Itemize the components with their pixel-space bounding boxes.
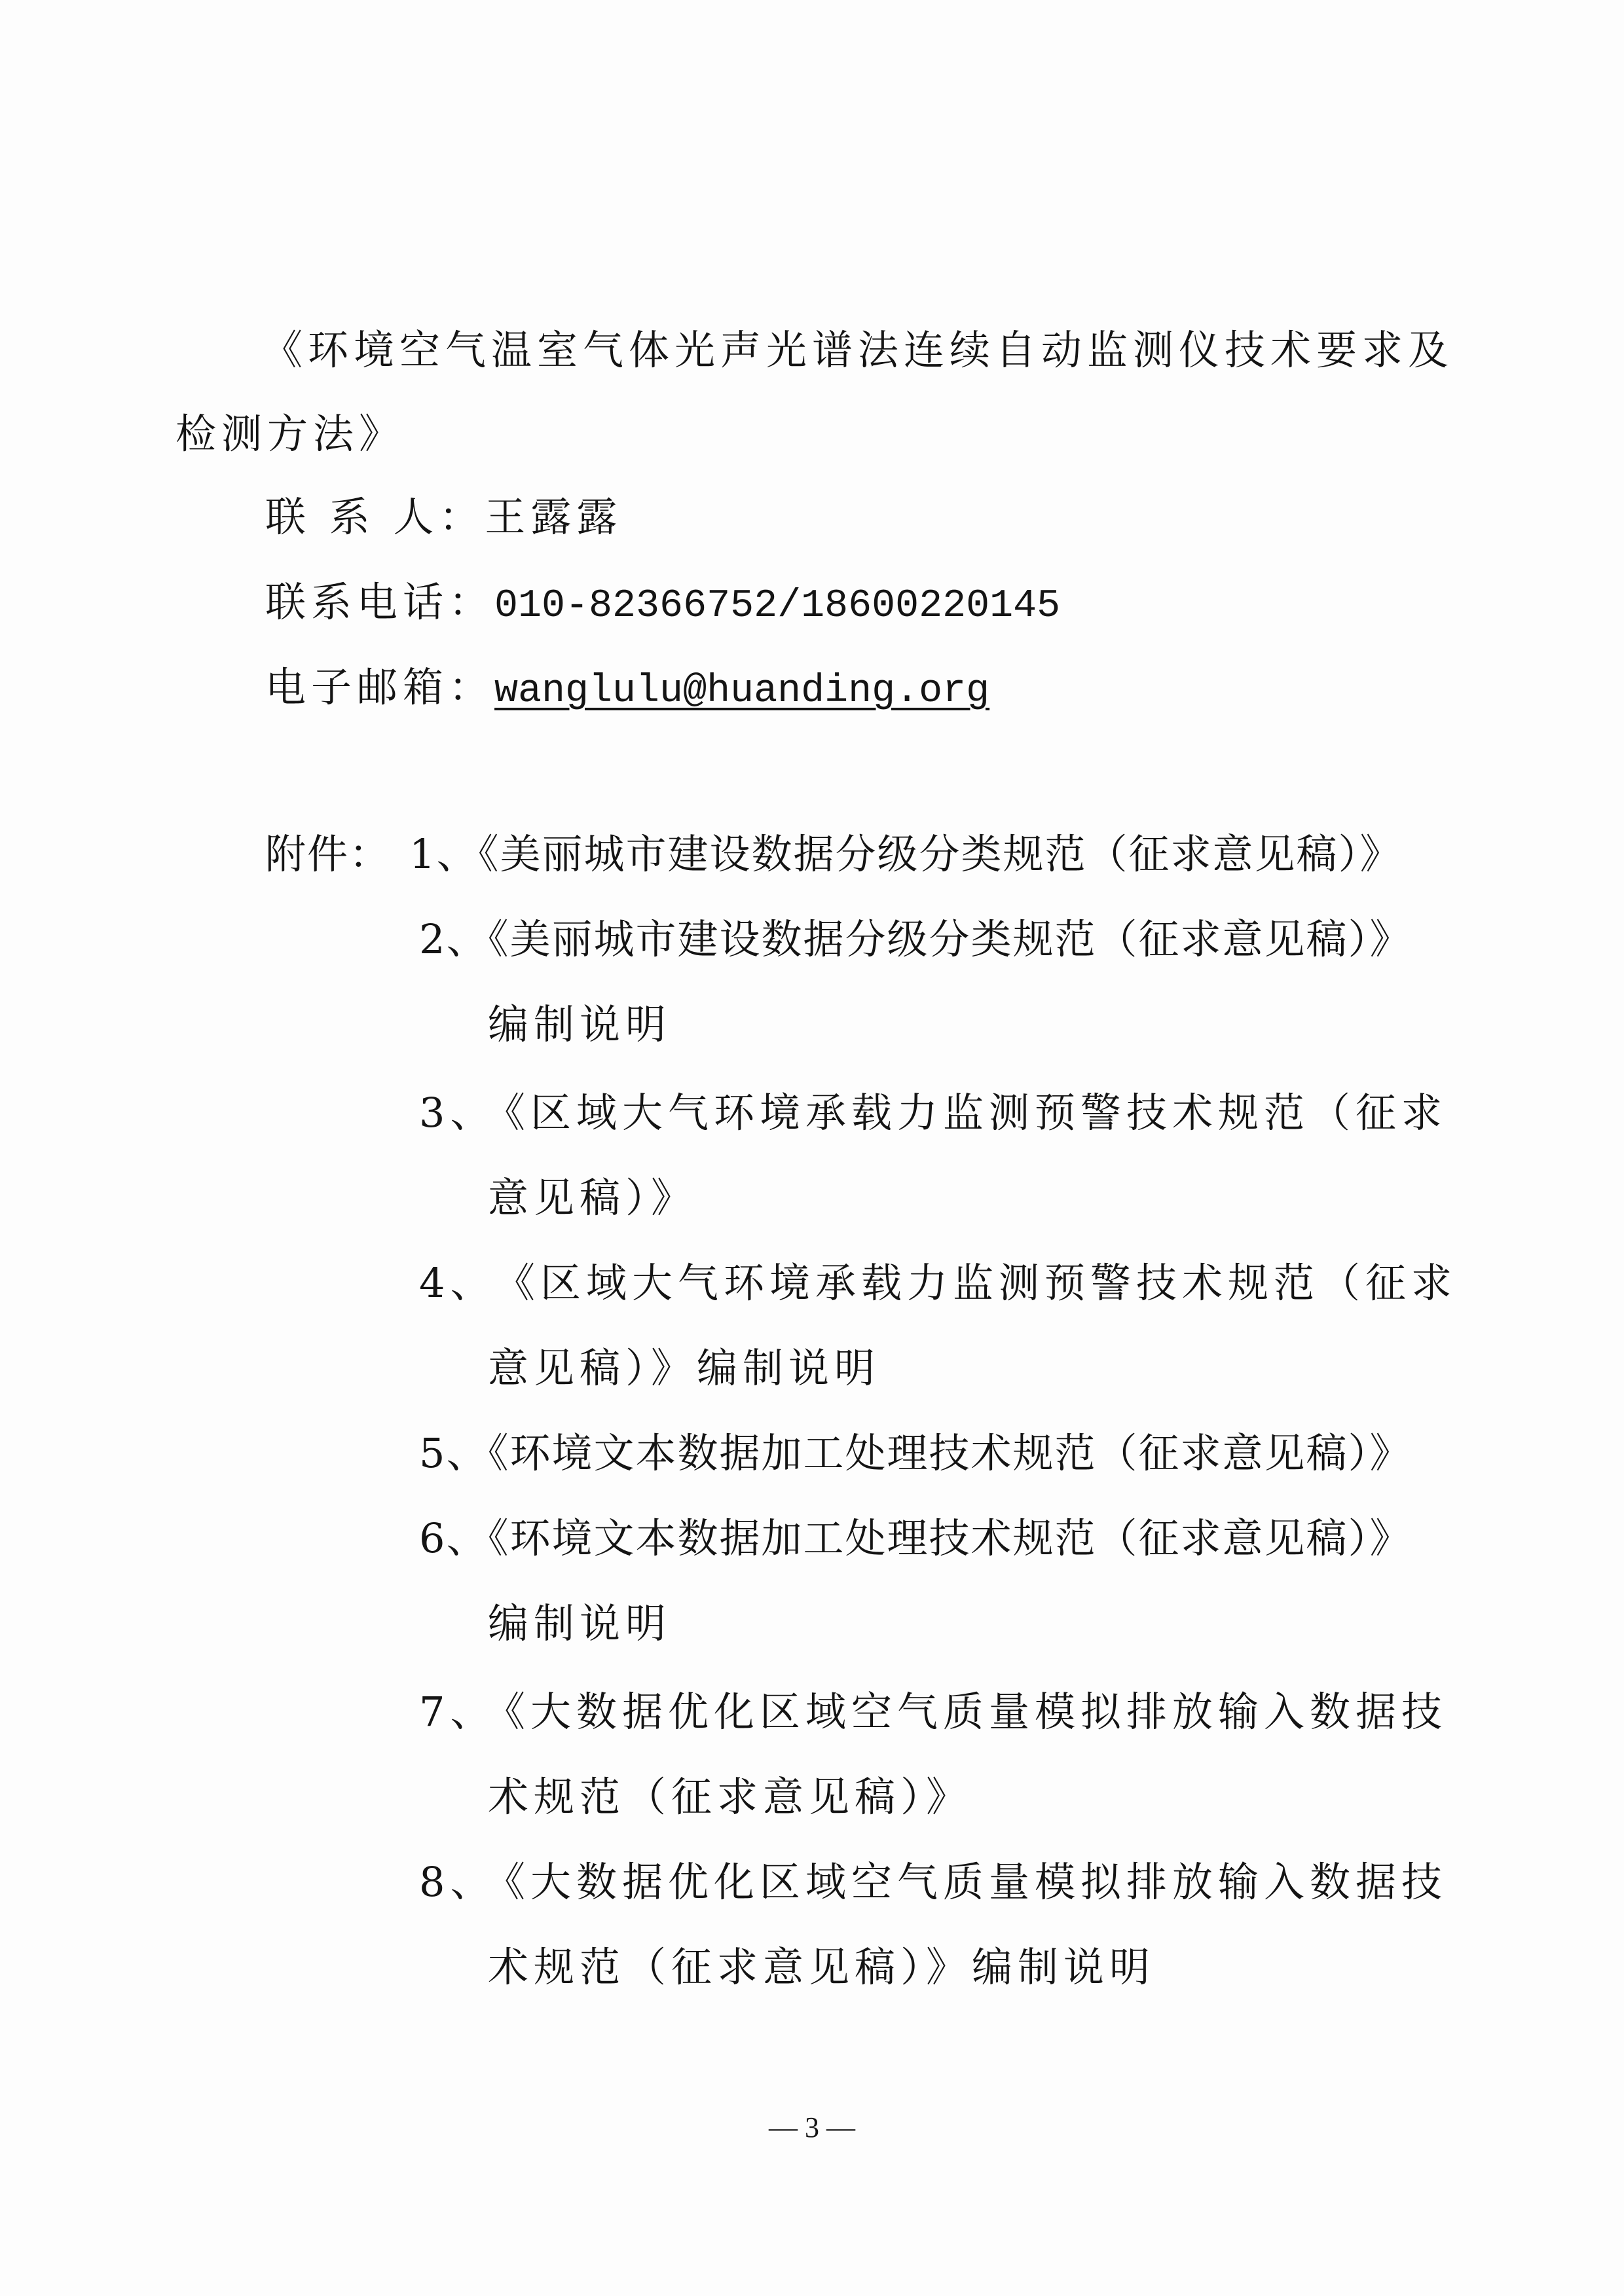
- contact-person-row: 联 系 人：王露露: [265, 491, 622, 543]
- attachment-item-4: 4、《区域大气环境承载力监测预警技术规范（征求: [419, 1257, 1457, 1309]
- attachment-number: 7、: [419, 1686, 485, 1738]
- contact-person-label: 联 系 人：: [265, 491, 485, 543]
- attachment-number: 8、: [419, 1856, 485, 1908]
- contact-email-link[interactable]: wanglulu@huanding.org: [494, 669, 989, 714]
- attachment-title: 《大数据优化区域空气质量模拟排放输入数据技: [485, 1858, 1447, 1906]
- attachment-item-4-continued: 意见稿）》编制说明: [488, 1342, 880, 1394]
- attachment-item-2-continued: 编制说明: [488, 998, 671, 1051]
- attachment-title: 《区域大气环境承载力监测预警技术规范（征求: [485, 1089, 1447, 1137]
- contact-phone-row: 联系电话：010-82366752/18600220145: [265, 576, 1060, 632]
- attachment-title: 《环境文本数据加工处理技术规范（征求意见稿）》: [488, 1429, 1411, 1477]
- attachment-title: 《环境文本数据加工处理技术规范（征求意见稿）》: [488, 1514, 1411, 1562]
- attachment-number: 2、: [419, 915, 488, 963]
- attachment-title: 《大数据优化区域空气质量模拟排放输入数据技: [485, 1688, 1447, 1736]
- attachment-item-6-continued: 编制说明: [488, 1597, 671, 1650]
- attachment-item-5: 5、《环境文本数据加工处理技术规范（征求意见稿）》: [419, 1427, 1411, 1480]
- attachment-number: 6、: [419, 1514, 488, 1562]
- attachment-item-1: 1、《美丽城市建设数据分级分类规范（征求意见稿）》: [409, 828, 1401, 881]
- attachment-number: 3、: [419, 1087, 485, 1139]
- contact-person-value: 王露露: [485, 493, 622, 541]
- attachment-number: 4、: [419, 1257, 494, 1309]
- attachments-label: 附件：: [265, 828, 391, 881]
- intro-title-line-2: 检测方法》: [175, 408, 405, 460]
- attachment-item-2: 2、《美丽城市建设数据分级分类规范（征求意见稿）》: [419, 913, 1411, 966]
- attachment-title: 《美丽城市建设数据分级分类规范（征求意见稿）》: [478, 830, 1401, 878]
- attachment-title: 《区域大气环境承载力监测预警技术规范（征求: [494, 1259, 1457, 1307]
- attachment-item-7: 7、《大数据优化区域空气质量模拟排放输入数据技: [419, 1686, 1447, 1738]
- attachment-item-3-continued: 意见稿）》: [488, 1172, 697, 1224]
- attachment-item-6: 6、《环境文本数据加工处理技术规范（征求意见稿）》: [419, 1512, 1411, 1565]
- contact-phone-label: 联系电话：: [265, 576, 494, 629]
- document-page: 《环境空气温室气体光声光谱法连续自动监测仪技术要求及 检测方法》 联 系 人：王…: [0, 0, 1624, 2296]
- attachment-item-3: 3、《区域大气环境承载力监测预警技术规范（征求: [419, 1087, 1447, 1139]
- attachment-number: 5、: [419, 1429, 488, 1477]
- contact-email-label: 电子邮箱：: [265, 661, 494, 714]
- contact-phone-value: 010-82366752/18600220145: [494, 584, 1060, 629]
- attachment-item-8-continued: 术规范（征求意见稿）》编制说明: [488, 1941, 1155, 1994]
- attachment-number: 1、: [409, 830, 478, 878]
- intro-title-line-1: 《环境空气温室气体光声光谱法连续自动监测仪技术要求及: [262, 324, 1454, 376]
- page-number: — 3 —: [0, 2105, 1624, 2151]
- contact-email-row: 电子邮箱：wanglulu@huanding.org: [265, 661, 989, 718]
- attachment-title: 《美丽城市建设数据分级分类规范（征求意见稿）》: [488, 915, 1411, 963]
- attachment-item-8: 8、《大数据优化区域空气质量模拟排放输入数据技: [419, 1856, 1447, 1908]
- attachment-item-7-continued: 术规范（征求意见稿）》: [488, 1771, 972, 1823]
